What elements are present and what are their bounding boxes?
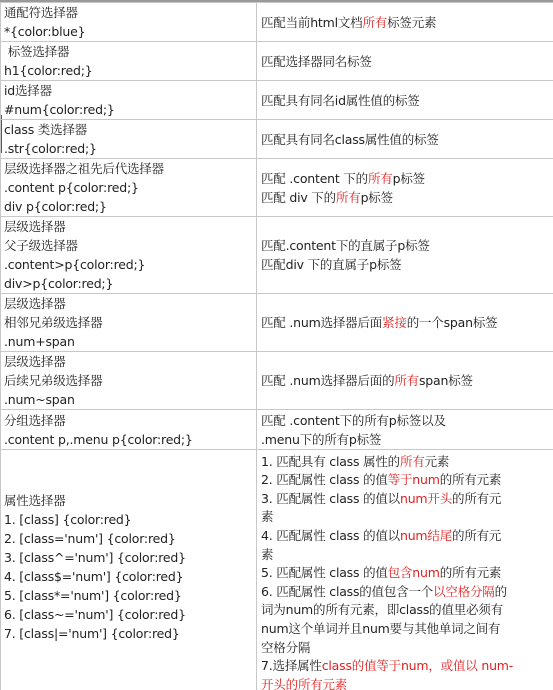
description-text: 匹配具有同名id属性值的标签 <box>261 93 420 108</box>
description-text: 元素 <box>425 454 450 469</box>
description-text: 素 <box>261 509 273 524</box>
description-text: 的所有元素 <box>440 565 502 580</box>
highlighted-text: 所有 <box>394 373 419 388</box>
selector-title: 属性选择器 <box>4 491 256 510</box>
selector-code-line: .content p{color:red;} <box>4 178 256 197</box>
description-line: 4. 匹配属性 class 的值以num结尾的所有元 <box>261 527 553 546</box>
description-text: 匹配 .content下的所有p标签以及 <box>261 413 446 428</box>
description-text: .menu下的所有p标签 <box>261 432 381 447</box>
description-text: 匹配 .num选择器后面 <box>261 315 382 330</box>
selector-title: id选择器 <box>4 81 256 100</box>
description-line: 7.选择属性class的值等于num，或值以 num- <box>261 657 553 676</box>
description-text: 7.选择属性 <box>261 658 322 673</box>
description-cell[interactable]: 匹配 .num选择器后面紧接的一个span标签 <box>257 294 553 352</box>
selector-cell[interactable]: 分组选择器.content p,.menu p{color:red;} <box>1 410 257 450</box>
description-cell[interactable]: 匹配具有同名class属性值的标签 <box>257 120 553 159</box>
description-cell[interactable]: 匹配选择器同名标签 <box>257 42 553 81</box>
selector-code-line: 相邻兄弟级选择器 <box>4 313 256 332</box>
description-cell[interactable]: 匹配当前html文档所有标签元素 <box>257 3 553 42</box>
table-row-child: 层级选择器父子级选择器.content>p{color:red;}div>p{c… <box>1 217 553 294</box>
description-cell[interactable]: 匹配 .num选择器后面的所有span标签 <box>257 352 553 410</box>
description-line: 匹配.content下的直属子p标签 <box>261 236 553 255</box>
highlighted-text: class的值等于num，或值以 num- <box>322 658 513 673</box>
selector-title: 层级选择器 <box>4 352 256 371</box>
description-text: 匹配div 下的直属子p标签 <box>261 257 401 272</box>
description-cell[interactable]: 匹配 .content下的所有p标签以及.menu下的所有p标签 <box>257 410 553 450</box>
selector-code-line: 6. [class~='num'] {color:red} <box>4 605 256 624</box>
selector-title: 层级选择器之祖先后代选择器 <box>4 159 256 178</box>
description-text: 1. 匹配具有 class 属性的 <box>261 454 400 469</box>
table-row-id: id选择器#num{color:red;}匹配具有同名id属性值的标签 <box>1 81 553 120</box>
table-row-universal: 通配符选择器*{color:blue}匹配当前html文档所有标签元素 <box>1 3 553 42</box>
selector-title: 标签选择器 <box>4 42 256 61</box>
description-text: num这个单词并且num要与其他单词之间有 <box>261 621 500 636</box>
description-line: 匹配当前html文档所有标签元素 <box>261 13 553 32</box>
description-text: 标签元素 <box>387 15 436 30</box>
selector-grid: 通配符选择器*{color:blue}匹配当前html文档所有标签元素 标签选择… <box>0 2 553 690</box>
highlighted-text: 所有 <box>362 15 387 30</box>
description-text: span标签 <box>419 373 473 388</box>
selector-cell[interactable]: 层级选择器后续兄弟级选择器.num~span <box>1 352 257 410</box>
css-selector-table: 通配符选择器*{color:blue}匹配当前html文档所有标签元素 标签选择… <box>0 2 553 690</box>
description-text: 匹配当前html文档 <box>261 15 362 30</box>
description-line: 1. 匹配具有 class 属性的所有元素 <box>261 453 553 472</box>
description-text: 的所有元 <box>452 528 501 543</box>
selector-code-line: .str{color:red;} <box>4 139 256 158</box>
description-text: 5. 匹配属性 class 的值 <box>261 565 388 580</box>
table-row-general-sibling: 层级选择器后续兄弟级选择器.num~span匹配 .num选择器后面的所有spa… <box>1 352 553 410</box>
description-cell[interactable]: 1. 匹配具有 class 属性的所有元素2. 匹配属性 class 的值等于n… <box>257 450 553 690</box>
selector-code-line: .content>p{color:red;} <box>4 255 256 274</box>
selector-code-line: #num{color:red;} <box>4 100 256 119</box>
description-cell[interactable]: 匹配.content下的直属子p标签匹配div 下的直属子p标签 <box>257 217 553 294</box>
table-row-tag: 标签选择器h1{color:red;}匹配选择器同名标签 <box>1 42 553 81</box>
highlighted-text: 紧接 <box>382 315 407 330</box>
selector-cell[interactable]: 层级选择器父子级选择器.content>p{color:red;}div>p{c… <box>1 217 257 294</box>
selector-cell[interactable]: 标签选择器h1{color:red;} <box>1 42 257 81</box>
highlighted-text: 包含num <box>388 565 440 580</box>
description-line: 匹配具有同名class属性值的标签 <box>261 130 553 149</box>
selector-code-line: 2. [class='num'] {color:red} <box>4 529 256 548</box>
description-text: 的所有元 <box>452 491 501 506</box>
selector-code-line: div p{color:red;} <box>4 197 256 216</box>
description-line: 匹配 div 下的所有p标签 <box>261 188 553 207</box>
description-text: 匹配 div 下的 <box>261 190 336 205</box>
selector-cell[interactable]: 属性选择器1. [class] {color:red}2. [class='nu… <box>1 450 257 690</box>
description-text: 匹配 .num选择器后面的 <box>261 373 394 388</box>
selector-cell[interactable]: class 类选择器.str{color:red;} <box>1 120 257 159</box>
description-text: 的一个span标签 <box>407 315 498 330</box>
selector-code-line: *{color:blue} <box>4 22 256 41</box>
selector-cell[interactable]: 层级选择器相邻兄弟级选择器.num+span <box>1 294 257 352</box>
description-line: 5. 匹配属性 class 的值包含num的所有元素 <box>261 564 553 583</box>
description-line: .menu下的所有p标签 <box>261 430 553 449</box>
highlighted-text: 所有 <box>336 190 361 205</box>
description-line: 匹配 .content 下的所有p标签 <box>261 169 553 188</box>
selector-code-line: .num~span <box>4 390 256 409</box>
selector-code-line: 7. [class|='num'] {color:red} <box>4 624 256 643</box>
table-row-class: class 类选择器.str{color:red;}匹配具有同名class属性值… <box>1 120 553 159</box>
description-text: 4. 匹配属性 class 的值以 <box>261 528 400 543</box>
selector-code-line: h1{color:red;} <box>4 61 256 80</box>
selector-cell[interactable]: 通配符选择器*{color:blue} <box>1 3 257 42</box>
table-row-descendant: 层级选择器之祖先后代选择器.content p{color:red;}div p… <box>1 159 553 217</box>
description-text: 素 <box>261 547 273 562</box>
description-text: 匹配 .content 下的 <box>261 171 368 186</box>
description-text: 匹配.content下的直属子p标签 <box>261 238 430 253</box>
description-text: 的 <box>495 584 507 599</box>
description-line: 开头的所有元素 <box>261 676 553 690</box>
selector-cell[interactable]: id选择器#num{color:red;} <box>1 81 257 120</box>
description-cell[interactable]: 匹配 .content 下的所有p标签匹配 div 下的所有p标签 <box>257 159 553 217</box>
highlighted-text: 所有 <box>400 454 425 469</box>
description-line: 空格分隔 <box>261 639 553 658</box>
description-text: 2. 匹配属性 class 的值 <box>261 472 388 487</box>
highlighted-text: num结尾 <box>400 528 452 543</box>
table-row-adjacent-sibling: 层级选择器相邻兄弟级选择器.num+span匹配 .num选择器后面紧接的一个s… <box>1 294 553 352</box>
description-text: p标签 <box>393 171 425 186</box>
description-line: 素 <box>261 546 553 565</box>
highlighted-text: 开头的所有元素 <box>261 677 347 690</box>
selector-title: class 类选择器 <box>4 120 256 139</box>
highlighted-text: 等于num <box>388 472 440 487</box>
description-line: 匹配 .num选择器后面紧接的一个span标签 <box>261 313 553 332</box>
selector-title: 层级选择器 <box>4 294 256 313</box>
selector-code-line: .num+span <box>4 332 256 351</box>
description-line: 匹配具有同名id属性值的标签 <box>261 91 553 110</box>
selector-cell[interactable]: 层级选择器之祖先后代选择器.content p{color:red;}div p… <box>1 159 257 217</box>
description-line: 素 <box>261 508 553 527</box>
description-text: p标签 <box>361 190 393 205</box>
description-line: 匹配div 下的直属子p标签 <box>261 255 553 274</box>
selector-code-line: 1. [class] {color:red} <box>4 510 256 529</box>
selector-code-line: 父子级选择器 <box>4 236 256 255</box>
description-text: 词为num的所有元素，即class的值里必须有 <box>261 602 503 617</box>
selector-code-line: 后续兄弟级选择器 <box>4 371 256 390</box>
selector-code-line: 4. [class$='num'] {color:red} <box>4 567 256 586</box>
description-cell[interactable]: 匹配具有同名id属性值的标签 <box>257 81 553 120</box>
description-line: 2. 匹配属性 class 的值等于num的所有元素 <box>261 471 553 490</box>
description-text: 3. 匹配属性 class 的值以 <box>261 491 400 506</box>
description-line: 匹配选择器同名标签 <box>261 52 553 71</box>
description-line: 3. 匹配属性 class 的值以num开头的所有元 <box>261 490 553 509</box>
description-line: num这个单词并且num要与其他单词之间有 <box>261 620 553 639</box>
selector-title: 通配符选择器 <box>4 3 256 22</box>
table-row-group: 分组选择器.content p,.menu p{color:red;}匹配 .c… <box>1 410 553 450</box>
selector-code-line: 5. [class*='num'] {color:red} <box>4 586 256 605</box>
description-line: 6. 匹配属性 class的值包含一个以空格分隔的 <box>261 583 553 602</box>
selector-code-line: 3. [class^='num'] {color:red} <box>4 548 256 567</box>
selector-code-line: .content p,.menu p{color:red;} <box>4 430 256 449</box>
description-text: 6. 匹配属性 class的值包含一个 <box>261 584 433 599</box>
description-line: 匹配 .num选择器后面的所有span标签 <box>261 371 553 390</box>
highlighted-text: num开头 <box>400 491 452 506</box>
selector-title: 分组选择器 <box>4 411 256 430</box>
selector-code-line: div>p{color:red;} <box>4 274 256 293</box>
table-row-attribute: 属性选择器1. [class] {color:red}2. [class='nu… <box>1 450 553 690</box>
selector-title: 层级选择器 <box>4 217 256 236</box>
highlighted-text: 以空格分隔 <box>433 584 495 599</box>
description-line: 词为num的所有元素，即class的值里必须有 <box>261 601 553 620</box>
description-text: 匹配选择器同名标签 <box>261 54 372 69</box>
description-text: 的所有元素 <box>440 472 502 487</box>
description-text: 空格分隔 <box>261 640 310 655</box>
highlighted-text: 所有 <box>368 171 393 186</box>
description-text: 匹配具有同名class属性值的标签 <box>261 132 439 147</box>
description-line: 匹配 .content下的所有p标签以及 <box>261 411 553 430</box>
